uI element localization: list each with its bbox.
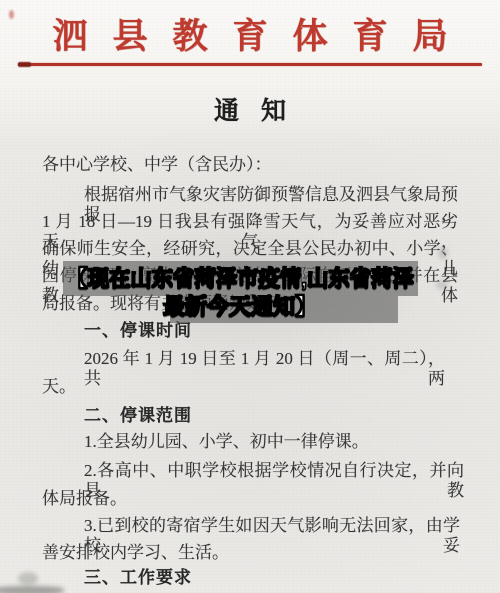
caption-overlay: 【现在山东省菏泽市疫情,山东省菏泽 最新今天通知】 [50,265,430,321]
doc-line: 善安排校内学习、生活。 [42,543,229,563]
section-heading-1: 一、停课时间 [84,321,192,341]
doc-line: 体局报备。 [42,489,127,509]
doc-line: 天。 [42,377,76,397]
doc-line-salutation: 各中心学校、中学（含民办）： [42,155,272,175]
doc-line: 2.各高中、中职学校根据学校情况自行决定，并向县教 [84,461,464,501]
caption-line-2: 最新今天通知】 [50,293,430,321]
letterhead-divider-left-cap [18,62,31,67]
notice-title: 通知 [0,91,500,127]
section-heading-3: 三、工作要求 [84,568,192,588]
scanned-notice-page: 泗县教育体育局 通知 各中心学校、中学（含民办）： 根据宿州市气象灾害防御预警信… [0,0,500,593]
doc-line: 2026 年 1 月 19 日至 1 月 20 日（周一、周二），共两 [84,349,445,389]
letterhead-divider-line [18,63,482,66]
caption-line-1: 【现在山东省菏泽市疫情,山东省菏泽 [56,265,425,293]
doc-line: 1.全县幼儿园、小学、初中一律停课。 [84,432,369,452]
scan-smudge [18,572,38,585]
scan-bottom-edge-shadow [0,586,64,593]
section-heading-2: 二、停课范围 [84,406,192,426]
letterhead-agency-title: 泗县教育体育局 [0,17,500,57]
